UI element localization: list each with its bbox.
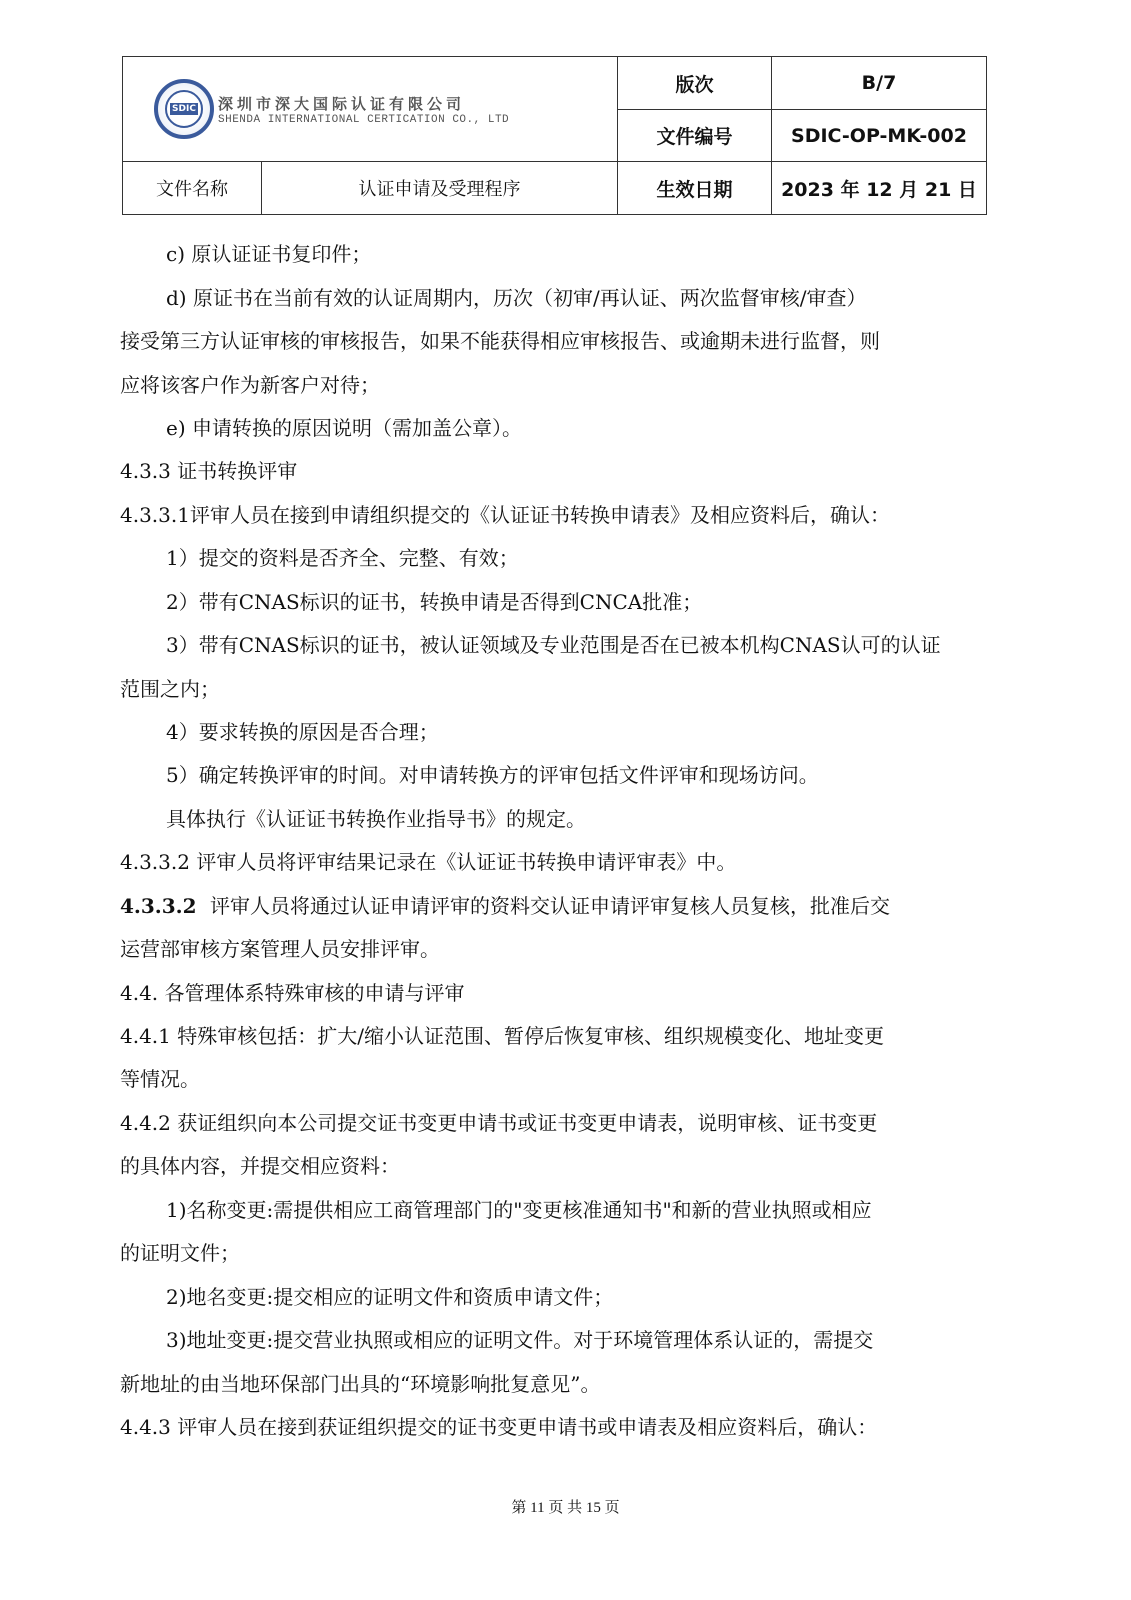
doc-name-value: 认证申请及受理程序	[262, 162, 618, 215]
list-item: 1）提交的资料是否齐全、完整、有效；	[166, 548, 519, 568]
paragraph-line: 新地址的由当地环保部门出具的“环境影响批复意见”。	[120, 1374, 600, 1394]
page-number: 第 11 页 共 15 页	[0, 1496, 1131, 1517]
doc-name-label: 文件名称	[123, 162, 262, 215]
doc-no-label: 文件编号	[618, 110, 772, 162]
paragraph-line: 运营部审核方案管理人员安排评审。	[120, 939, 440, 959]
paragraph-line: 应将该客户作为新客户对待；	[120, 375, 380, 395]
version-value: B/7	[772, 57, 987, 110]
paragraph-line: 的具体内容，并提交相应资料：	[120, 1156, 400, 1176]
list-item: 2）带有CNAS标识的证书，转换申请是否得到CNCA批准；	[166, 592, 702, 612]
list-item: 5）确定转换评审的时间。对申请转换方的评审包括文件评审和现场访问。	[166, 765, 819, 785]
paragraph-line: d) 原证书在当前有效的认证周期内，历次（初审/再认证、两次监督审核/审查）	[166, 288, 866, 308]
logo-text: SDIC	[170, 103, 198, 115]
company-name-cn: 深圳市深大国际认证有限公司	[218, 93, 509, 114]
section-heading: 4.4. 各管理体系特殊审核的申请与评审	[120, 983, 465, 1003]
paragraph-line: 具体执行《认证证书转换作业指导书》的规定。	[166, 809, 586, 829]
paragraph-line: 评审人员将通过认证申请评审的资料交认证申请评审复核人员复核，批准后交	[210, 896, 890, 916]
clause-number: 4.3.3.2	[120, 896, 197, 916]
list-item: 3）带有CNAS标识的证书，被认证领域及专业范围是否在已被本机构CNAS认可的认…	[166, 635, 941, 655]
list-item: 3)地址变更:提交营业执照或相应的证明文件。对于环境管理体系认证的，需提交	[166, 1330, 873, 1350]
paragraph-line: 4.3.3.2 评审人员将评审结果记录在《认证证书转换申请评审表》中。	[120, 852, 736, 872]
paragraph-line: 等情况。	[120, 1069, 200, 1089]
paragraph-line: 4.4.2 获证组织向本公司提交证书变更申请书或证书变更申请表，说明审核、证书变…	[120, 1113, 877, 1133]
effective-date-label: 生效日期	[618, 162, 772, 215]
company-logo-icon: SDIC	[154, 79, 214, 139]
paragraph-line: 范围之内；	[120, 679, 220, 699]
version-label: 版次	[618, 57, 772, 110]
paragraph-line: c) 原认证证书复印件；	[166, 244, 371, 264]
paragraph-line: 4.4.3 评审人员在接到获证组织提交的证书变更申请书或申请表及相应资料后，确认…	[120, 1417, 877, 1437]
paragraph-line: 接受第三方认证审核的审核报告，如果不能获得相应审核报告、或逾期未进行监督，则	[120, 331, 880, 351]
effective-date-value: 2023 年 12 月 21 日	[772, 162, 987, 215]
paragraph-line: 4.3.3.1评审人员在接到申请组织提交的《认证证书转换申请表》及相应资料后，确…	[120, 505, 890, 525]
list-item: 4）要求转换的原因是否合理；	[166, 722, 439, 742]
list-item: 1)名称变更:需提供相应工商管理部门的"变更核准通知书"和新的营业执照或相应	[166, 1200, 872, 1220]
list-item: 2)地名变更:提交相应的证明文件和资质申请文件；	[166, 1287, 613, 1307]
section-heading: 4.3.3 证书转换评审	[120, 461, 297, 481]
paragraph-line: e) 申请转换的原因说明（需加盖公章）。	[166, 418, 522, 438]
company-name-en: SHENDA INTERNATIONAL CERTICATION CO., LT…	[218, 114, 509, 126]
company-logo-cell: SDIC 深圳市深大国际认证有限公司 SHENDA INTERNATIONAL …	[123, 57, 618, 162]
document-header-table: SDIC 深圳市深大国际认证有限公司 SHENDA INTERNATIONAL …	[122, 56, 987, 215]
doc-no-value: SDIC-OP-MK-002	[772, 110, 987, 162]
paragraph-line: 4.4.1 特殊审核包括：扩大/缩小认证范围、暂停后恢复审核、组织规模变化、地址…	[120, 1026, 884, 1046]
paragraph-line: 的证明文件；	[120, 1243, 240, 1263]
